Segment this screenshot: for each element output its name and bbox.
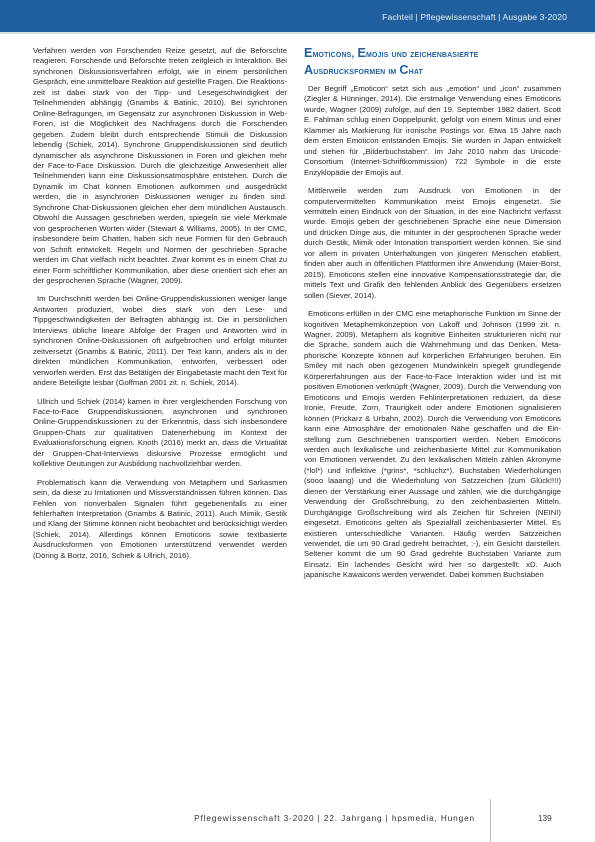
paragraph: Problematisch kann die Verwendung von Me… [33,478,287,562]
heading-text: usdrucksformen im [313,66,399,77]
heading-cap: E [304,46,313,60]
paragraph: Mittlerweile werden zum Ausdruck von Emo… [304,186,561,301]
page-number: 139 [538,814,552,823]
header-divider [0,32,595,34]
footer-divider [490,799,491,842]
running-header: Fachteil | Pflegewissenschaft | Ausgabe … [0,0,595,32]
heading-text: moticons, [313,49,358,60]
paragraph: Ullrich und Schiek (2014) kamen in ihrer… [33,397,287,470]
heading-cap: E [357,46,366,60]
heading-cap: A [304,63,313,77]
footer-citation: Pflegewissenschaft 3-2020 | 22. Jahrgang… [0,814,475,823]
paragraph: Emoticons erfüllen in der CMC eine metap… [304,309,561,581]
heading-text: mojis und zeichenbasierte [366,49,478,60]
heading-cap: C [399,63,408,77]
running-title: Fachteil | Pflegewissenschaft | Ausgabe … [382,12,567,22]
left-column: Verfahren werden von Forschenden Reize g… [33,46,287,569]
paragraph: Verfahren werden von Forschenden Reize g… [33,46,287,286]
right-column: Emoticons, Emojis und zeichenbasierte Au… [304,46,561,589]
paragraph: Im Durchschnitt werden bei Online-Gruppe… [33,294,287,388]
heading-text: hat [409,66,423,77]
section-heading: Emoticons, Emojis und zeichenbasierte Au… [304,46,561,79]
paragraph: Der Begriff „Emoticon“ setzt sich aus „e… [304,84,561,178]
